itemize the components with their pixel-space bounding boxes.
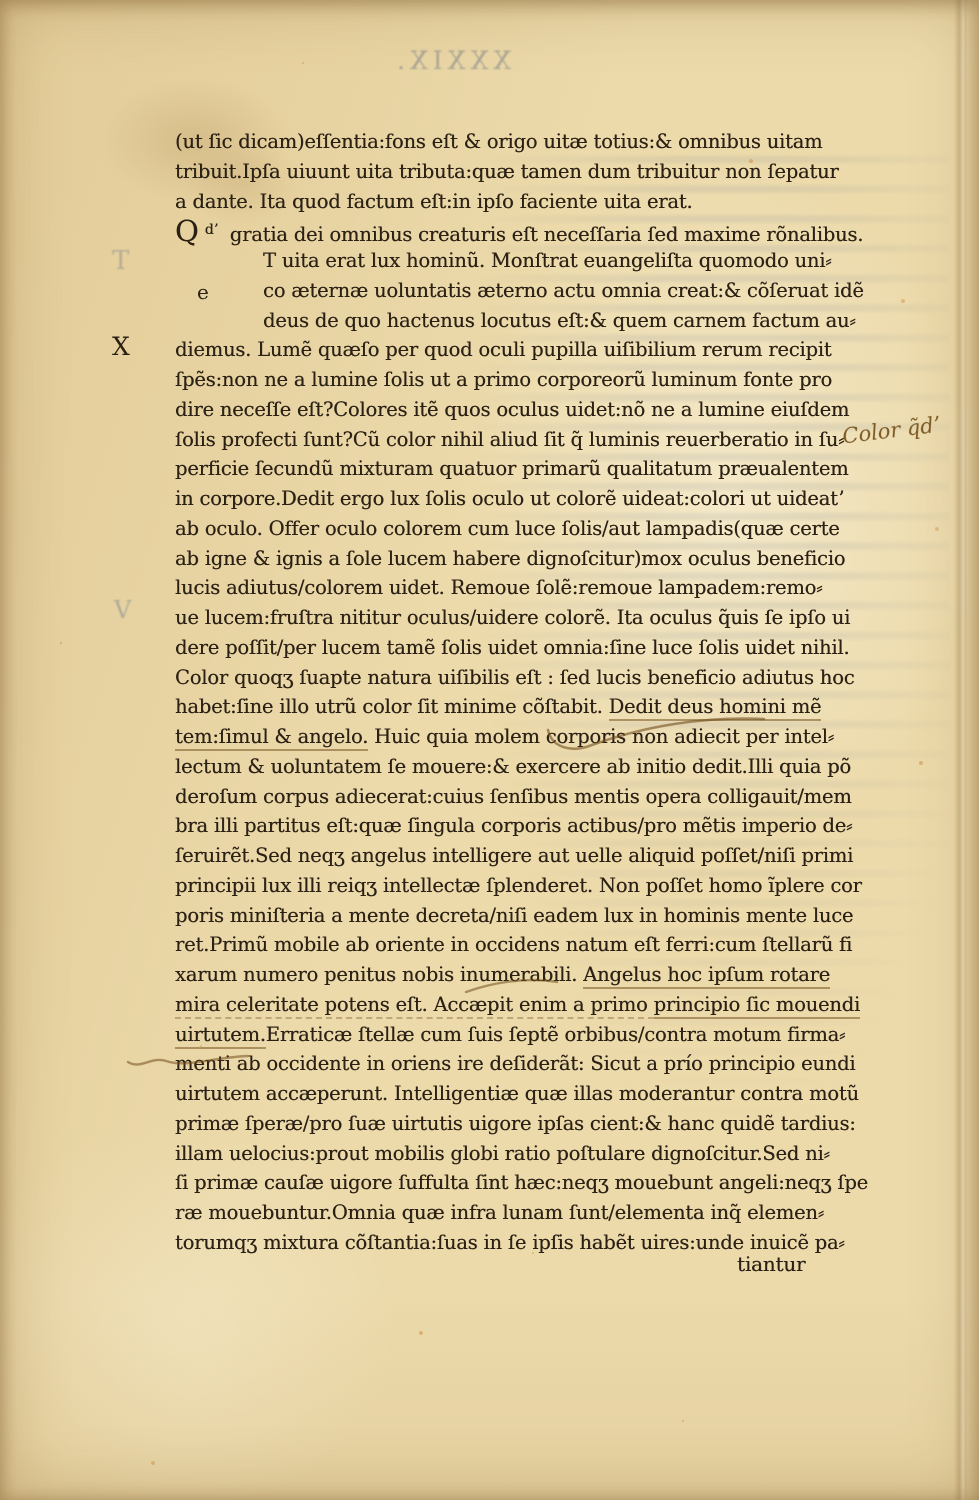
guide-letter-e: e [197, 278, 209, 308]
underlined-passage: Angelus hoc ipſum rotare [583, 963, 830, 989]
text-segment: co æternæ uoluntatis æterno actu omnia c… [263, 279, 864, 302]
paper-speckles [0, 0, 2, 2]
text-segment: (ut ſic dicam)eſſentia:fons eſt & origo … [175, 130, 822, 153]
showthrough-letter-v: V [114, 596, 131, 624]
text-segment: lucis adiutus/colorem uidet. Remoue ſolẽ… [175, 576, 822, 599]
text-line: illam uelocius:prout mobilis globi ratio… [175, 1139, 868, 1169]
text-segment: ſolis profecti ſunt?Cũ color nihil aliud… [175, 428, 844, 451]
text-line: uirtutem.Erraticæ ſtellæ cum ſuis ſeptẽ … [175, 1020, 868, 1050]
text-segment: menti ab occidente in oriens ire deſider… [175, 1052, 855, 1075]
text-segment: a dante. Ita quod factum eſt:in ipſo fac… [175, 190, 692, 213]
text-line: ab oculo. Offer oculo colorem cum luce ſ… [175, 514, 868, 544]
text-segment: in corpore.Dedit ergo lux ſolis oculo ut… [175, 487, 844, 510]
text-line: (ut ſic dicam)eſſentia:fons eſt & origo … [175, 127, 868, 157]
text-line: in corpore.Dedit ergo lux ſolis oculo ut… [175, 484, 868, 514]
text-line: Color quoqʒ ſuapte natura uiſibilis eſt … [175, 663, 868, 693]
text-line: co æternæ uoluntatis æterno actu omnia c… [263, 276, 868, 306]
text-segment: illam uelocius:prout mobilis globi ratio… [175, 1142, 830, 1165]
underlined-passage: uirtutem. [175, 1023, 266, 1049]
underlined-passage: mira celeritate potens eſt. Accæpit enim… [175, 993, 654, 1019]
text-line: deus de quo hactenus locutus eſt:& quem … [263, 306, 868, 336]
text-segment: deroſum corpus adiecerat:cuius ſenſibus … [175, 785, 852, 808]
text-segment: primæ ſperæ/pro ſuæ uirtutis uigore ipſa… [175, 1112, 856, 1135]
text-segment: Erraticæ ſtellæ cum ſuis ſeptẽ orbibus/c… [266, 1023, 846, 1046]
text-line: ſi primæ cauſæ uigore ſuffulta ſint hæc:… [175, 1168, 868, 1198]
text-line: ab igne & ignis a ſole lucem habere dign… [175, 544, 868, 574]
text-line: dire neceſſe eſt?Colores itẽ quos oculus… [175, 395, 868, 425]
page-edge-crease [954, 0, 966, 1500]
text-segment: torumqʒ mixtura cõſtantia:ſuas in ſe ipſ… [175, 1231, 845, 1254]
text-line: primæ ſperæ/pro ſuæ uirtutis uigore ipſa… [175, 1109, 868, 1139]
text-line: menti ab occidente in oriens ire deſider… [175, 1049, 868, 1079]
text-line: ſeruirẽt.Sed neqʒ angelus intelligere au… [175, 841, 868, 871]
catchword: tiantur [737, 1252, 805, 1276]
text-line: poris miniſteria a mente decreta/niſi ea… [175, 901, 868, 931]
text-segment: deus de quo hactenus locutus eſt:& quem … [263, 309, 856, 332]
text-segment: diemus. Lumẽ quæſo per quod oculi pupill… [175, 338, 831, 361]
text-line: bra illi partitus eſt:quæ ſingula corpor… [175, 811, 868, 841]
text-line: ſpẽs:non ne a lumine ſolis ut a primo co… [175, 365, 868, 395]
text-segment: habet:ſine illo utrũ color ſit minime cõ… [175, 695, 609, 718]
abbreviation-d: dʼ [205, 222, 218, 238]
text-segment: xarum numero penitus nobis inumerabili. [175, 963, 583, 986]
text-segment: ſeruirẽt.Sed neqʒ angelus intelligere au… [175, 844, 853, 867]
text-segment: ræ mouebuntur.Omnia quæ infra lunam ſunt… [175, 1201, 824, 1224]
text-line: perficie ſecundũ mixturam quatuor primar… [175, 454, 868, 484]
text-segment: uirtutem accæperunt. Intelligentiæ quæ i… [175, 1082, 859, 1105]
text-line: lectum & uoluntatem ſe mouere:& exercere… [175, 752, 868, 782]
text-segment: ab oculo. Offer oculo colorem cum luce ſ… [175, 517, 840, 540]
text-segment: dire neceſſe eſt?Colores itẽ quos oculus… [175, 398, 849, 421]
text-line: dere poſſit/per lucem tamẽ ſolis uidet o… [175, 633, 868, 663]
text-line: tem:ſimul & angelo. Huic quia molem corp… [175, 722, 868, 752]
text-segment: perficie ſecundũ mixturam quatuor primar… [175, 457, 848, 480]
text-segment: gratia dei omnibus creaturis eſt neceſſa… [230, 223, 863, 246]
text-segment: poris miniſteria a mente decreta/niſi ea… [175, 904, 853, 927]
text-segment: dere poſſit/per lucem tamẽ ſolis uidet o… [175, 636, 849, 659]
showthrough-letter-t: T [112, 246, 129, 276]
text-segment: Color quoqʒ ſuapte natura uiſibilis eſt … [175, 666, 854, 689]
text-segment: lectum & uoluntatem ſe mouere:& exercere… [175, 755, 851, 778]
text-line: diemus. Lumẽ quæſo per quod oculi pupill… [175, 335, 868, 365]
text-segment: ue lucem:fruſtra nititur oculus/uidere c… [175, 606, 850, 629]
text-segment: T uita erat lux hominũ. Monſtrat euangel… [263, 249, 832, 272]
text-segment: ſi primæ cauſæ uigore ſuffulta ſint hæc:… [175, 1171, 868, 1194]
text-line: tribuit.Ipſa uiuunt uita tributa:quæ tam… [175, 157, 868, 187]
text-line: a dante. Ita quod factum eſt:in ipſo fac… [175, 187, 868, 217]
text-line: Qdʼgratia dei omnibus creaturis eſt nece… [175, 216, 868, 246]
text-line: deroſum corpus adiecerat:cuius ſenſibus … [175, 782, 868, 812]
folio-number-showthrough: XXXIX. [392, 46, 511, 75]
initial-Q: Q [175, 214, 199, 248]
text-segment: ſpẽs:non ne a lumine ſolis ut a primo co… [175, 368, 832, 391]
text-line: principii lux illi reiqʒ intellectæ ſple… [175, 871, 868, 901]
text-line: uirtutem accæperunt. Intelligentiæ quæ i… [175, 1079, 868, 1109]
text-line: ret.Primũ mobile ab oriente in occidens … [175, 930, 868, 960]
text-line: mira celeritate potens eſt. Accæpit enim… [175, 990, 868, 1020]
text-segment: tribuit.Ipſa uiuunt uita tributa:quæ tam… [175, 160, 839, 183]
underlined-passage: Dedit deus homini mẽ [609, 695, 822, 721]
text-line: xarum numero penitus nobis inumerabili. … [175, 960, 868, 990]
underlined-passage: tem:ſimul & angelo. [175, 725, 368, 751]
margin-letter-x: X [112, 332, 130, 362]
text-line: ue lucem:fruſtra nititur oculus/uidere c… [175, 603, 868, 633]
text-segment: Huic quia molem corporis non adiecit per… [368, 725, 834, 748]
incunabulum-page-scan: XXXIX. T V (ut ſic dicam)eſſentia:fons e… [0, 0, 979, 1500]
text-segment: principii lux illi reiqʒ intellectæ ſple… [175, 874, 862, 897]
text-line: ſolis profecti ſunt?Cũ color nihil aliud… [175, 425, 868, 455]
text-segment: bra illi partitus eſt:quæ ſingula corpor… [175, 814, 852, 837]
text-line: T uita erat lux hominũ. Monſtrat euangel… [263, 246, 868, 276]
text-line: lucis adiutus/colorem uidet. Remoue ſolẽ… [175, 573, 868, 603]
main-text-block: (ut ſic dicam)eſſentia:fons eſt & origo … [175, 127, 868, 1258]
text-line: habet:ſine illo utrũ color ſit minime cõ… [175, 692, 868, 722]
text-segment: ret.Primũ mobile ab oriente in occidens … [175, 933, 852, 956]
text-segment: ab igne & ignis a ſole lucem habere dign… [175, 547, 845, 570]
text-line: ræ mouebuntur.Omnia quæ infra lunam ſunt… [175, 1198, 868, 1228]
underlined-passage: principio ſic mouendi [654, 993, 860, 1019]
